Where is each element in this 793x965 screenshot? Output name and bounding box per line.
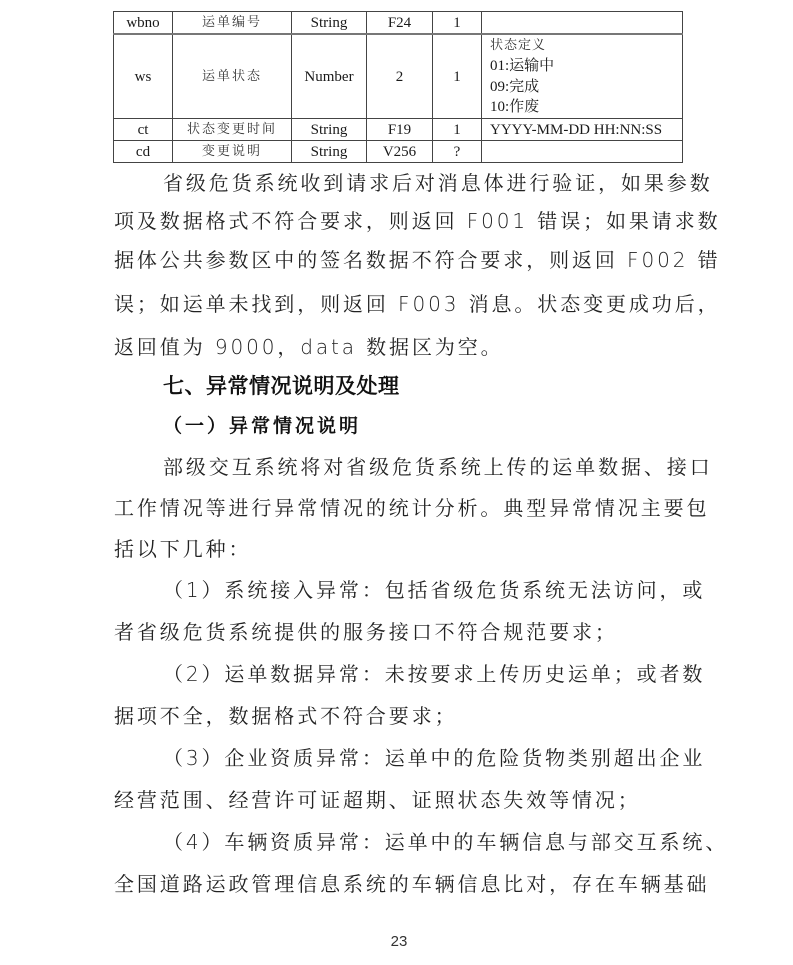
field-name: 变更说明 [173, 141, 292, 163]
field-name: 运单状态 [173, 34, 292, 119]
paragraph-line: 部级交互系统将对省级危货系统上传的运单数据、接口 [163, 455, 713, 479]
list-item-line: 经营范围、经营许可证超期、证照状态失效等情况； [114, 788, 641, 812]
list-item-line: （3）企业资质异常：运单中的危险货物类别超出企业 [163, 746, 705, 770]
table-row: wbno 运单编号 String F24 1 [114, 12, 683, 35]
list-item-line: 据项不全，数据格式不符合要求； [114, 704, 458, 728]
note-line: 10:作废 [490, 97, 682, 118]
field-code: ws [114, 34, 173, 119]
paragraph-line: 工作情况等进行异常情况的统计分析。典型异常情况主要包 [114, 496, 709, 520]
paragraph-line: 据体公共参数区中的签名数据不符合要求，则返回 F002 错 [114, 248, 721, 272]
paragraph-line: 括以下几种： [114, 537, 251, 561]
field-length: F19 [367, 119, 433, 141]
page-number: 23 [0, 933, 793, 950]
table-row: ws 运单状态 Number 2 1 状态定义 01:运输中 09:完成 10:… [114, 34, 683, 119]
field-definition-table: wbno 运单编号 String F24 1 ws 运单状态 Number 2 … [113, 11, 683, 163]
subsection-heading: （一）异常情况说明 [163, 411, 361, 438]
field-type: Number [292, 34, 367, 119]
field-required: 1 [433, 119, 482, 141]
list-item-line: 全国道路运政管理信息系统的车辆信息比对，存在车辆基础 [114, 872, 709, 896]
document-page: wbno 运单编号 String F24 1 ws 运单状态 Number 2 … [0, 0, 793, 965]
field-note [482, 12, 683, 35]
note-line: 状态定义 [490, 36, 682, 57]
field-note: YYYY-MM-DD HH:NN:SS [482, 119, 683, 141]
field-length: F24 [367, 12, 433, 35]
table-row: ct 状态变更时间 String F19 1 YYYY-MM-DD HH:NN:… [114, 119, 683, 141]
field-length: V256 [367, 141, 433, 163]
field-required: 1 [433, 12, 482, 35]
field-type: String [292, 119, 367, 141]
paragraph-line: 误；如运单未找到，则返回 F003 消息。状态变更成功后， [114, 292, 721, 316]
note-line: 01:运输中 [490, 56, 682, 77]
list-item-line: （1）系统接入异常：包括省级危货系统无法访问，或 [163, 578, 705, 602]
paragraph-line: 省级危货系统收到请求后对消息体进行验证，如果参数 [163, 171, 713, 195]
field-required: ? [433, 141, 482, 163]
table-row: cd 变更说明 String V256 ? [114, 141, 683, 163]
field-code: ct [114, 119, 173, 141]
field-type: String [292, 12, 367, 35]
list-item-line: （4）车辆资质异常：运单中的车辆信息与部交互系统、 [163, 830, 728, 854]
field-name: 状态变更时间 [173, 119, 292, 141]
field-note [482, 141, 683, 163]
list-item-line: 者省级危货系统提供的服务接口不符合规范要求； [114, 620, 618, 644]
list-item-line: （2）运单数据异常：未按要求上传历史运单；或者数 [163, 662, 705, 686]
field-code: wbno [114, 12, 173, 35]
field-required: 1 [433, 34, 482, 119]
paragraph-line: 返回值为 9000，data 数据区为空。 [114, 335, 504, 359]
note-line: 09:完成 [490, 77, 682, 98]
field-code: cd [114, 141, 173, 163]
field-note: 状态定义 01:运输中 09:完成 10:作废 [482, 34, 683, 119]
field-type: String [292, 141, 367, 163]
section-heading: 七、异常情况说明及处理 [163, 370, 400, 400]
paragraph-line: 项及数据格式不符合要求，则返回 F001 错误；如果请求数 [114, 209, 721, 233]
field-length: 2 [367, 34, 433, 119]
field-name: 运单编号 [173, 12, 292, 35]
